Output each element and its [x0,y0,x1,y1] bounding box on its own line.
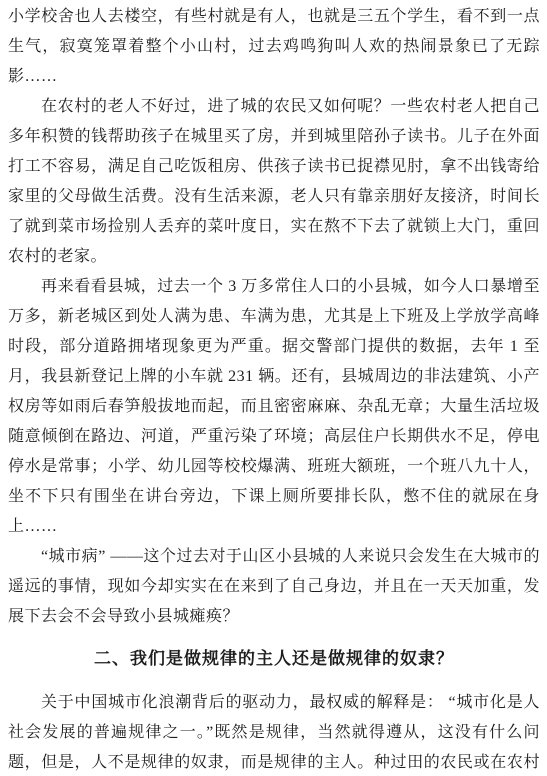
paragraph: “城市病” ——这个过去对于山区小县城的人来说只会发生在大城市的遥远的事情，现如… [8,542,540,632]
text-line: 万多，新老城区到处人满为患、车满为患，尤其是上下班及上学放学高峰 [8,302,540,332]
paragraph: 关于中国城市化浪潮背后的驱动力，最权威的解释是： “城市化是人类社会发展的普遍规… [8,688,540,776]
document-page: 小学校舍也人去楼空，有些村就是有人，也就是三五个学生，看不到一点生气，寂寞笼罩着… [0,0,547,776]
text-line: 月，我县新登记上牌的小车就 231 辆。还有，县城周边的非法建筑、小产 [8,362,540,392]
text-line: 社会发展的普遍规律之一。”既然是规律，当然就得遵从，这没有什么问 [8,718,540,748]
text-line: 权房等如雨后春笋般拔地而起，而且密密麻麻、杂乱无章；大量生活垃圾 [8,392,540,422]
text-line: 打工不容易，满足自己吃饭租房、供孩子读书已捉襟见肘，拿不出钱寄给 [8,152,540,182]
text-line: 影…… [8,62,540,92]
text-line: 家里的父母做生活费。没有生活来源，老人只有靠亲朋好友接济，时间长 [8,182,540,212]
paragraph: 小学校舍也人去楼空，有些村就是有人，也就是三五个学生，看不到一点生气，寂寞笼罩着… [8,2,540,92]
section-heading: 二、我们是做规律的主人还是做规律的奴隶？ [8,644,540,674]
text-line: 多年积赞的钱帮助孩子在城里买了房，并到城里陪孙子读书。儿子在外面 [8,122,540,152]
paragraph: 在农村的老人不好过，进了城的农民又如何呢？一些农村老人把自己多年积赞的钱帮助孩子… [8,92,540,272]
text-line: 停水是常事；小学、幼儿园等校校爆满、班班大额班，一个班八九十人， [8,452,540,482]
text-line: 生气，寂寞笼罩着整个小山村，过去鸡鸣狗叫人欢的热闹景象已了无踪 [8,32,540,62]
text-line: 展下去会不会导致小县城瘫痪？ [8,602,540,632]
text-line: 关于中国城市化浪潮背后的驱动力，最权威的解释是： “城市化是人类 [8,688,540,718]
text-line: 再来看看县城，过去一个 3 万多常住人口的小县城，如今人口暴增至 8 [8,272,540,302]
text-line: 遥远的事情，现如今却实实在在来到了自己身边，并且在一天天加重，发 [8,572,540,602]
text-line: 随意倾倒在路边、河道，严重污染了环境；高层住户长期供水不足，停电 [8,422,540,452]
text-line: 时段，部分道路拥堵现象更为严重。据交警部门提供的数据，去年 1 至 10 [8,332,540,362]
document-body: 小学校舍也人去楼空，有些村就是有人，也就是三五个学生，看不到一点生气，寂寞笼罩着… [8,2,540,776]
paragraph: 再来看看县城，过去一个 3 万多常住人口的小县城，如今人口暴增至 8万多，新老城… [8,272,540,542]
text-line: 在农村的老人不好过，进了城的农民又如何呢？一些农村老人把自己 [8,92,540,122]
text-line: 上…… [8,512,540,542]
text-line: 了就到菜市场捡别人丢弃的菜叶度日，实在熬不下去了就锁上大门，重回 [8,212,540,242]
text-line: “城市病” ——这个过去对于山区小县城的人来说只会发生在大城市的 [8,542,540,572]
text-line: 小学校舍也人去楼空，有些村就是有人，也就是三五个学生，看不到一点 [8,2,540,32]
text-line: 农村的老家。 [8,242,540,272]
text-line: 题，但是，人不是规律的奴隶，而是规律的主人。种过田的农民或在农村 [8,748,540,776]
text-line: 坐不下只有围坐在讲台旁边，下课上厕所要排长队，憋不住的就尿在身 [8,482,540,512]
